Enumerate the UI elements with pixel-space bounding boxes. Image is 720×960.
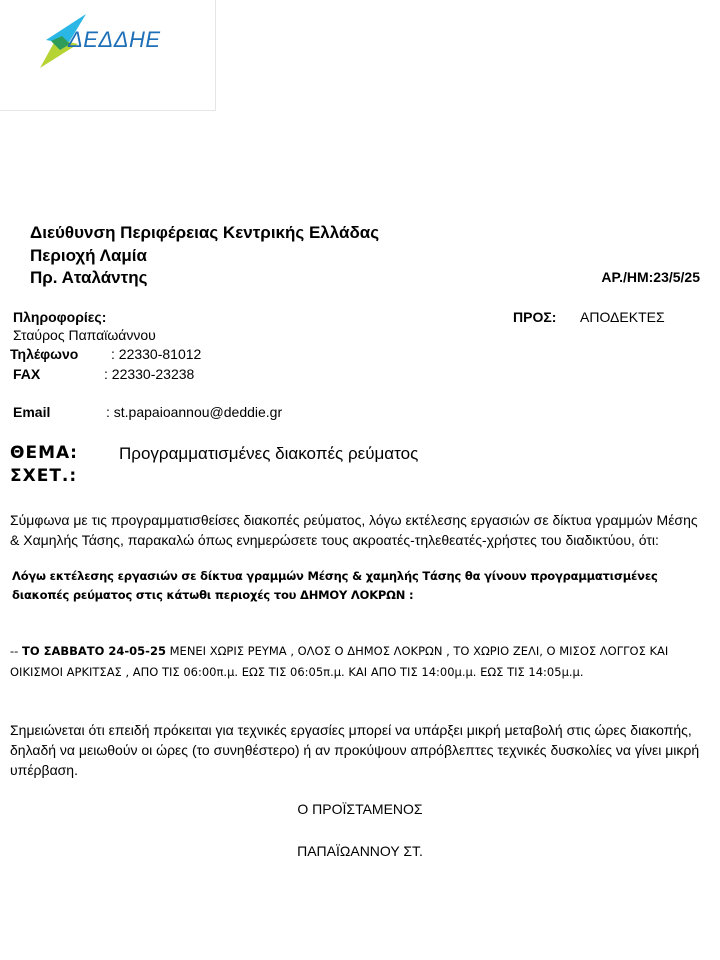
- contact-person: Σταύρος Παπαϊωάννου: [13, 327, 156, 343]
- notice-day: ΤΟ ΣΑΒΒΑΤΟ 24-05-25: [22, 644, 166, 658]
- subject-label: ΘΕΜΑ:: [10, 443, 78, 463]
- signature-name: ΠΑΠΑΪΩΑΝΝΟΥ ΣΤ.: [0, 843, 720, 859]
- logo-box: ΔΕΔΔΗΕ: [0, 0, 216, 111]
- notice-prefix: --: [10, 644, 22, 658]
- fax-label: FAX: [13, 366, 40, 382]
- header-branch: Πρ. Αταλάντης: [30, 268, 147, 288]
- signature-title: Ο ΠΡΟΪΣΤΑΜΕΝΟΣ: [0, 801, 720, 817]
- info-label: Πληροφορίες:: [13, 309, 106, 325]
- email-label: Email: [13, 404, 50, 420]
- outage-notice: -- ΤΟ ΣΑΒΒΑΤΟ 24-05-25 ΜΕΝΕΙ ΧΩΡΙΣ ΡΕΥΜΑ…: [10, 641, 710, 683]
- fax-value: : 22330-23238: [104, 366, 194, 382]
- note-paragraph: Σημειώνεται ότι επειδή πρόκειται για τεχ…: [10, 720, 710, 780]
- phone-label: Τηλέφωνο: [10, 346, 78, 362]
- recipient-label: ΠΡΟΣ:: [513, 309, 556, 325]
- announcement-paragraph: Λόγω εκτέλεσης εργασιών σε δίκτυα γραμμώ…: [12, 567, 712, 605]
- subject-value: Προγραμματισμένες διακοπές ρεύματος: [119, 444, 418, 464]
- intro-paragraph: Σύμφωνα με τις προγραμματισθείσες διακοπ…: [10, 510, 710, 550]
- reference-label: ΣΧΕΤ.:: [10, 466, 77, 486]
- logo-text: ΔΕΔΔΗΕ: [68, 27, 161, 53]
- header-directorate: Διεύθυνση Περιφέρειας Κεντρικής Ελλάδας: [30, 223, 379, 243]
- recipient-value: ΑΠΟΔΕΚΤΕΣ: [580, 309, 665, 325]
- email-value[interactable]: : st.papaioannou@deddie.gr: [106, 404, 282, 420]
- header-region: Περιοχή Λαμία: [30, 246, 147, 266]
- reference-date: ΑΡ./ΗΜ:23/5/25: [601, 269, 700, 285]
- phone-value: : 22330-81012: [111, 346, 201, 362]
